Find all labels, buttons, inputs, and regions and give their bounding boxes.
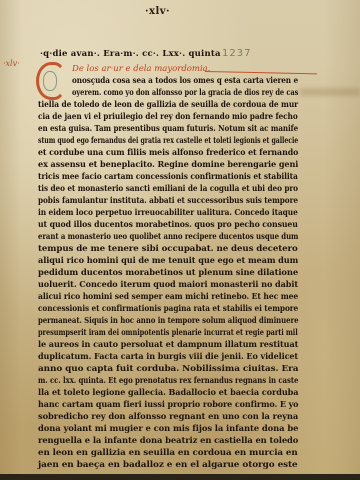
manuscript-page: ·xlv· ·xlv· 1237 ·q·die avan·. Era·m·. c… [0,0,360,474]
text-line: lla et toleto legione gallecia. Badalloc… [38,388,298,398]
text-line: alicui rico homini sed semper eam michi … [38,292,298,302]
text-line: pedidum ducentos morabetinos ut plenum s… [38,268,298,278]
text-line: en esta guisa. Tam presentibus quam futu… [38,124,298,134]
text-line: en leon en gallizia en seuilla en cordou… [38,448,298,458]
text-line: dona yolant mi mugier e con mis fijos la… [38,424,298,434]
text-line: et cordube una cum filiis meis alfonso f… [38,148,298,158]
margin-note-left: ·xlv· [3,59,20,68]
text-line: in eidem loco perpetuo irreuocabiliter u… [38,208,298,218]
text-line: permaneat. Siquis in hoc anno in tempore… [38,316,299,326]
text-line: presumpserit iram dei omnipotentis plena… [38,328,298,338]
parchment-stain [300,88,360,96]
text-line: cia de jaen vi el priuilegio del rey don… [38,112,298,122]
text-line: le aureos in cauto persoluat et dampnum … [38,340,298,350]
text-line: tricis mee facio cartam concessionis con… [38,172,298,182]
text-line: hanc cartam quam fieri iussi proprio rob… [38,400,298,410]
text-line: tempus de me tenere sibi occupabat. ne d… [38,244,298,254]
text-line: ut quod illos ducentos morabetinos. quos… [38,220,298,230]
text-line: renguella e la infante dona beatriz en c… [38,436,298,446]
folio-number: ·xlv· [145,6,170,17]
preceding-text-line: ·q·die avan·. Era·m·. cc·. Lxx·. quinta [40,49,221,59]
text-line: pobis famulantur instituta. abbati et su… [38,196,298,206]
text-line: duplicatum. Facta carta in burgis viii d… [38,352,298,362]
text-line: tis deo et monasterio sancti emiliani de… [38,184,298,194]
initial-decoration [43,71,57,91]
text-line: oyerem. como yo don alfonsso por la grac… [72,88,298,98]
text-line: erant a monasterio ueo quolibet anno rec… [38,232,298,242]
rubric-heading: De los ar·ur e dela mayordomia. [72,64,210,74]
text-line: onosçuda cosa sea a todos los omes q est… [72,76,298,86]
text-line: sobredicho rey don alfonsso regnant en u… [38,412,298,422]
text-line: concessionis et confirmationis pagina ra… [38,304,298,314]
text-line: tiella de toledo de leon de gallizia de … [38,100,298,110]
rubric-rule [205,71,317,74]
text-line: anno quo capta fuit corduba. Nobilissima… [38,364,298,374]
text-line: ex assensu et beneplacito. Regine domine… [38,160,298,170]
text-line: jaen en baeça en badalloz e en el algaru… [38,460,298,470]
text-line: uoluerit. Concedo iterum quod maiori mon… [38,280,298,290]
text-line: stum quod ego fernandus dei gratia rex c… [38,136,298,146]
pencil-annotation: 1237 [222,48,251,59]
text-line: m. cc. lxx. quinta. Et ego prenotatus re… [38,376,298,386]
text-line: aliqui rico homini qui de me tenuit que … [38,256,298,266]
